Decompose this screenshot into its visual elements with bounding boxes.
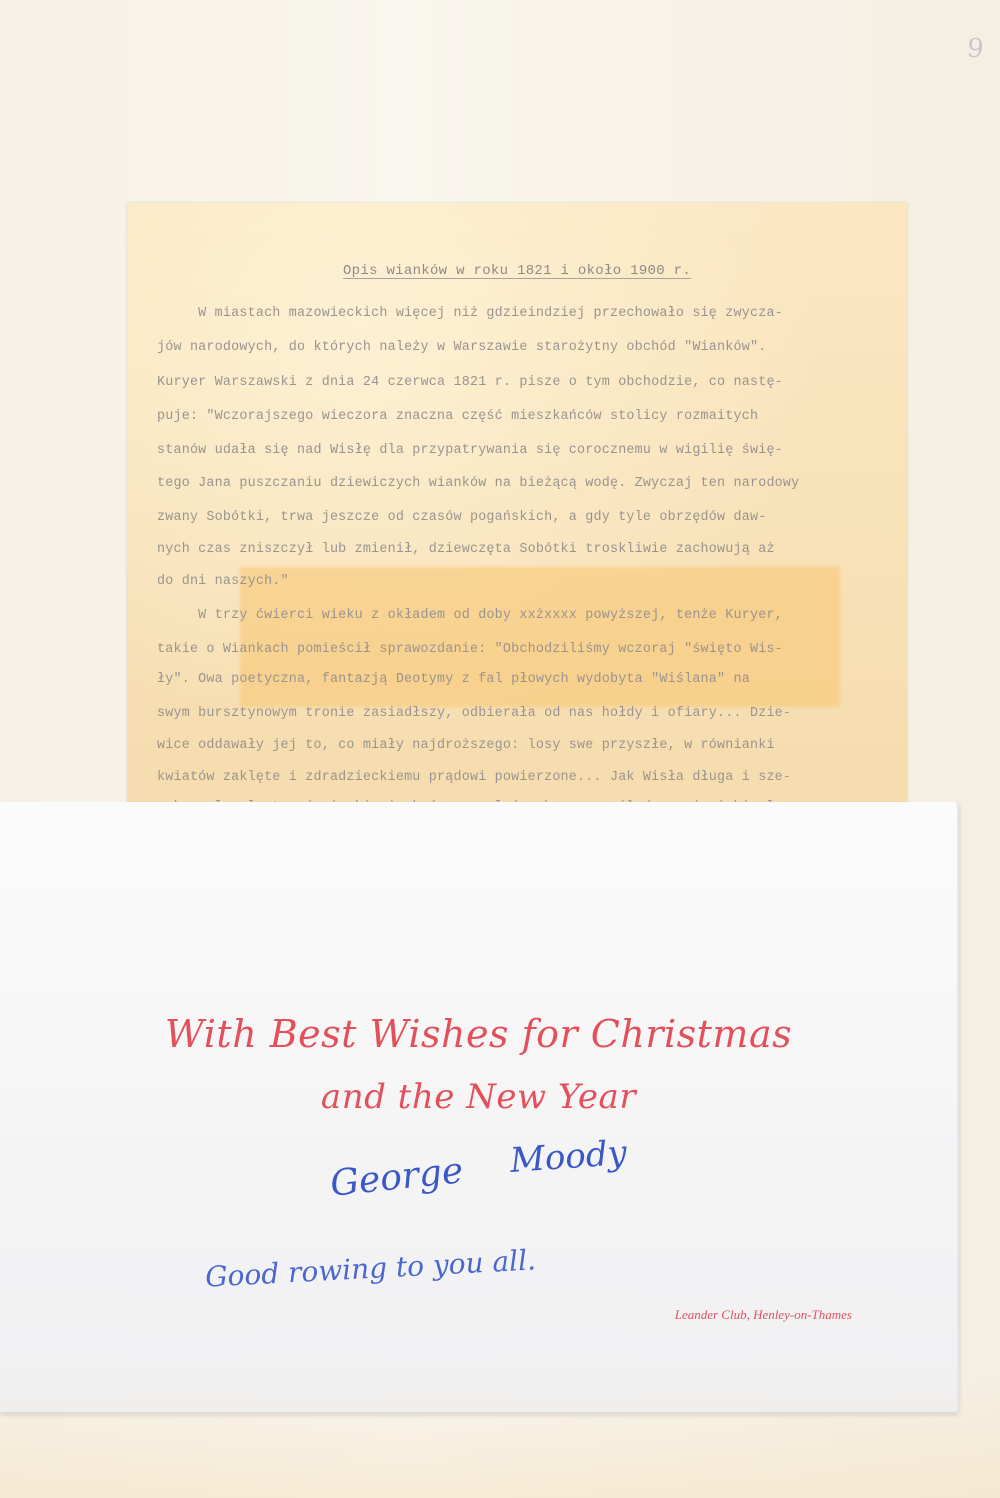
- typed-line: do dni naszych.": [157, 573, 907, 591]
- typed-line: wice oddawały jej to, co miały najdroższ…: [157, 737, 907, 755]
- typed-line: W miastach mazowieckich więcej niż gdzie…: [157, 305, 907, 323]
- typed-document-sheet: Opis wianków w roku 1821 i około 1900 r.…: [127, 203, 907, 813]
- card-greeting-line-1: With Best Wishes for Christmas: [0, 1012, 957, 1056]
- typed-line: swym bursztynowym tronie zasiadłszy, odb…: [157, 705, 907, 723]
- typed-line: puje: "Wczorajszego wieczora znaczna czę…: [157, 408, 907, 426]
- document-title: Opis wianków w roku 1821 i około 1900 r.: [127, 263, 907, 279]
- typed-line: stanów udała się nad Wisłę dla przypatry…: [157, 442, 907, 460]
- typed-line: W trzy ćwierci wieku z okładem od doby x…: [157, 607, 907, 625]
- page-number: 9: [966, 33, 986, 65]
- card-greeting-line-2: and the New Year: [0, 1077, 957, 1117]
- typed-line: nych czas zniszczył lub zmienił, dziewcz…: [157, 541, 907, 559]
- signature-first-name: George: [328, 1150, 465, 1205]
- signature-last-name: Moody: [509, 1133, 628, 1181]
- club-imprint: Leander Club, Henley-on-Thames: [675, 1307, 852, 1323]
- typed-line: Kuryer Warszawski z dnia 24 czerwca 1821…: [157, 374, 907, 392]
- typed-line: takie o Wiankach pomieścił sprawozdanie:…: [157, 641, 907, 659]
- typed-line: kwiatów zaklęte i zdradzieckiemu prądowi…: [157, 769, 907, 787]
- christmas-greeting-card: With Best Wishes for Christmas and the N…: [0, 802, 959, 1414]
- typed-line: tego Jana puszczaniu dziewiczych wianków…: [157, 475, 907, 493]
- document-title-text: Opis wianków w roku 1821 i około 1900 r.: [343, 263, 691, 279]
- typed-line: zwany Sobótki, trwa jeszcze od czasów po…: [157, 509, 907, 527]
- handwritten-note: Good rowing to you all.: [204, 1243, 536, 1293]
- typed-line: ły". Owa poetyczna, fantazją Deotymy z f…: [157, 671, 907, 689]
- typed-line: jów narodowych, do których należy w Wars…: [157, 339, 907, 357]
- album-page: 9 Opis wianków w roku 1821 i około 1900 …: [0, 0, 1000, 1498]
